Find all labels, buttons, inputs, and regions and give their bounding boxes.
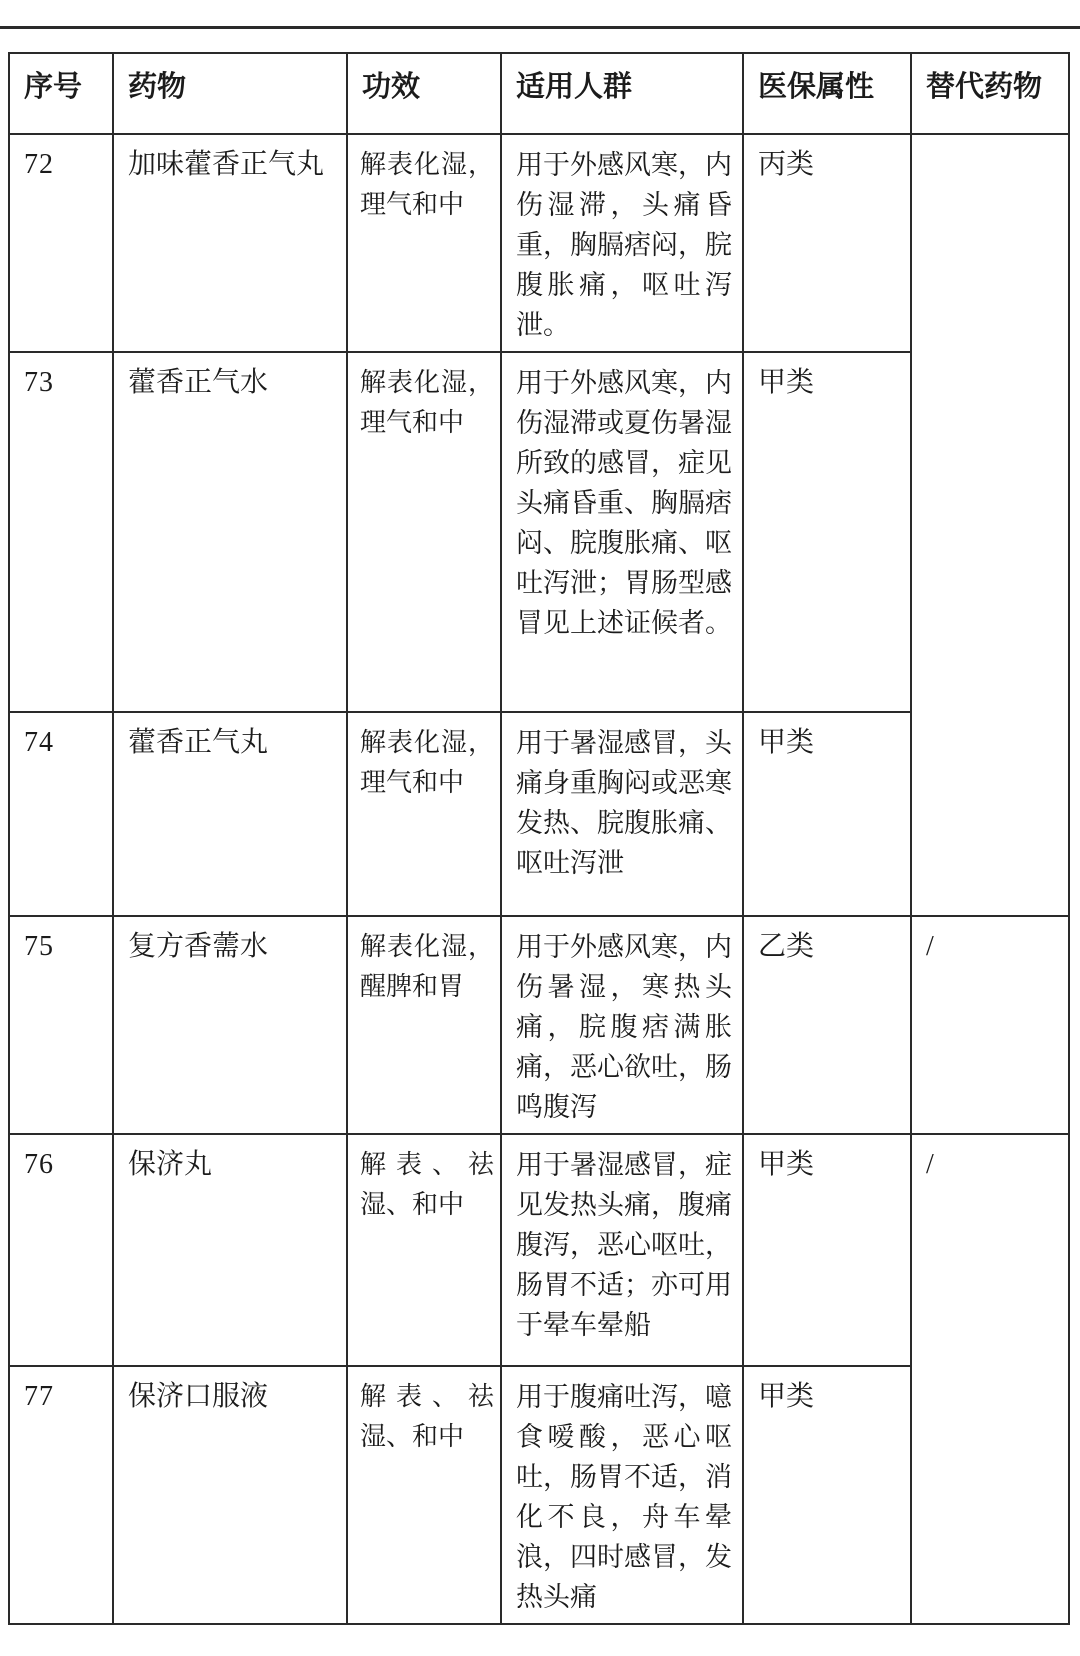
header-alternative: 替代药物 — [911, 53, 1069, 134]
table-row: 77 保济口服液 解表、祛湿、和中 用于腹痛吐泻，噫食嗳酸，恶心呕吐，肠胃不适，… — [9, 1366, 1069, 1624]
serial-cell: 74 — [9, 712, 113, 916]
insurance-cell: 乙类 — [743, 916, 911, 1134]
drug-cell: 加味藿香正气丸 — [113, 134, 347, 352]
table-row: 76 保济丸 解表、祛湿、和中 用于暑湿感冒，症见发热头痛，腹痛腹泻，恶心呕吐，… — [9, 1134, 1069, 1366]
table-row: 72 加味藿香正气丸 解表化湿，理气和中 用于外感风寒，内伤湿滞，头痛昏重，胸膈… — [9, 134, 1069, 352]
serial-cell: 75 — [9, 916, 113, 1134]
effect-cell: 解表化湿，理气和中 — [347, 712, 501, 916]
alternative-cell: / — [911, 916, 1069, 1134]
header-population: 适用人群 — [501, 53, 743, 134]
table-row: 74 藿香正气丸 解表化湿，理气和中 用于暑湿感冒，头痛身重胸闷或恶寒发热、脘腹… — [9, 712, 1069, 916]
insurance-cell: 甲类 — [743, 1366, 911, 1624]
serial-cell: 77 — [9, 1366, 113, 1624]
page-top-rule — [0, 26, 1080, 29]
header-effect: 功效 — [347, 53, 501, 134]
insurance-cell: 丙类 — [743, 134, 911, 352]
population-cell: 用于外感风寒，内伤湿滞，头痛昏重，胸膈痞闷，脘腹胀痛，呕吐泻泄。 — [501, 134, 743, 352]
drug-cell: 保济口服液 — [113, 1366, 347, 1624]
drug-cell: 复方香薷水 — [113, 916, 347, 1134]
population-cell: 用于暑湿感冒，症见发热头痛，腹痛腹泻，恶心呕吐，肠胃不适；亦可用于晕车晕船 — [501, 1134, 743, 1366]
serial-cell: 76 — [9, 1134, 113, 1366]
header-drug: 药物 — [113, 53, 347, 134]
drug-cell: 保济丸 — [113, 1134, 347, 1366]
effect-cell: 解表化湿，理气和中 — [347, 134, 501, 352]
insurance-cell: 甲类 — [743, 712, 911, 916]
effect-cell: 解表化湿，理气和中 — [347, 352, 501, 712]
medicine-table: 序号 药物 功效 适用人群 医保属性 替代药物 72 加味藿香正气丸 解表化湿，… — [8, 52, 1070, 1625]
header-serial: 序号 — [9, 53, 113, 134]
document-page: 序号 药物 功效 适用人群 医保属性 替代药物 72 加味藿香正气丸 解表化湿，… — [0, 0, 1080, 1656]
population-cell: 用于外感风寒，内伤湿滞或夏伤暑湿所致的感冒，症见头痛昏重、胸膈痞闷、脘腹胀痛、呕… — [501, 352, 743, 712]
insurance-cell: 甲类 — [743, 352, 911, 712]
effect-cell: 解表化湿，醒脾和胃 — [347, 916, 501, 1134]
population-cell: 用于外感风寒，内伤暑湿，寒热头痛，脘腹痞满胀痛，恶心欲吐，肠鸣腹泻 — [501, 916, 743, 1134]
population-cell: 用于暑湿感冒，头痛身重胸闷或恶寒发热、脘腹胀痛、呕吐泻泄 — [501, 712, 743, 916]
drug-cell: 藿香正气丸 — [113, 712, 347, 916]
table-row: 75 复方香薷水 解表化湿，醒脾和胃 用于外感风寒，内伤暑湿，寒热头痛，脘腹痞满… — [9, 916, 1069, 1134]
insurance-cell: 甲类 — [743, 1134, 911, 1366]
alternative-cell: / — [911, 1134, 1069, 1624]
alternative-cell — [911, 134, 1069, 916]
header-insurance: 医保属性 — [743, 53, 911, 134]
table-row: 73 藿香正气水 解表化湿，理气和中 用于外感风寒，内伤湿滞或夏伤暑湿所致的感冒… — [9, 352, 1069, 712]
serial-cell: 72 — [9, 134, 113, 352]
serial-cell: 73 — [9, 352, 113, 712]
drug-cell: 藿香正气水 — [113, 352, 347, 712]
header-row: 序号 药物 功效 适用人群 医保属性 替代药物 — [9, 53, 1069, 134]
population-cell: 用于腹痛吐泻，噫食嗳酸，恶心呕吐，肠胃不适，消化不良，舟车晕浪，四时感冒，发热头… — [501, 1366, 743, 1624]
effect-cell: 解表、祛湿、和中 — [347, 1134, 501, 1366]
effect-cell: 解表、祛湿、和中 — [347, 1366, 501, 1624]
